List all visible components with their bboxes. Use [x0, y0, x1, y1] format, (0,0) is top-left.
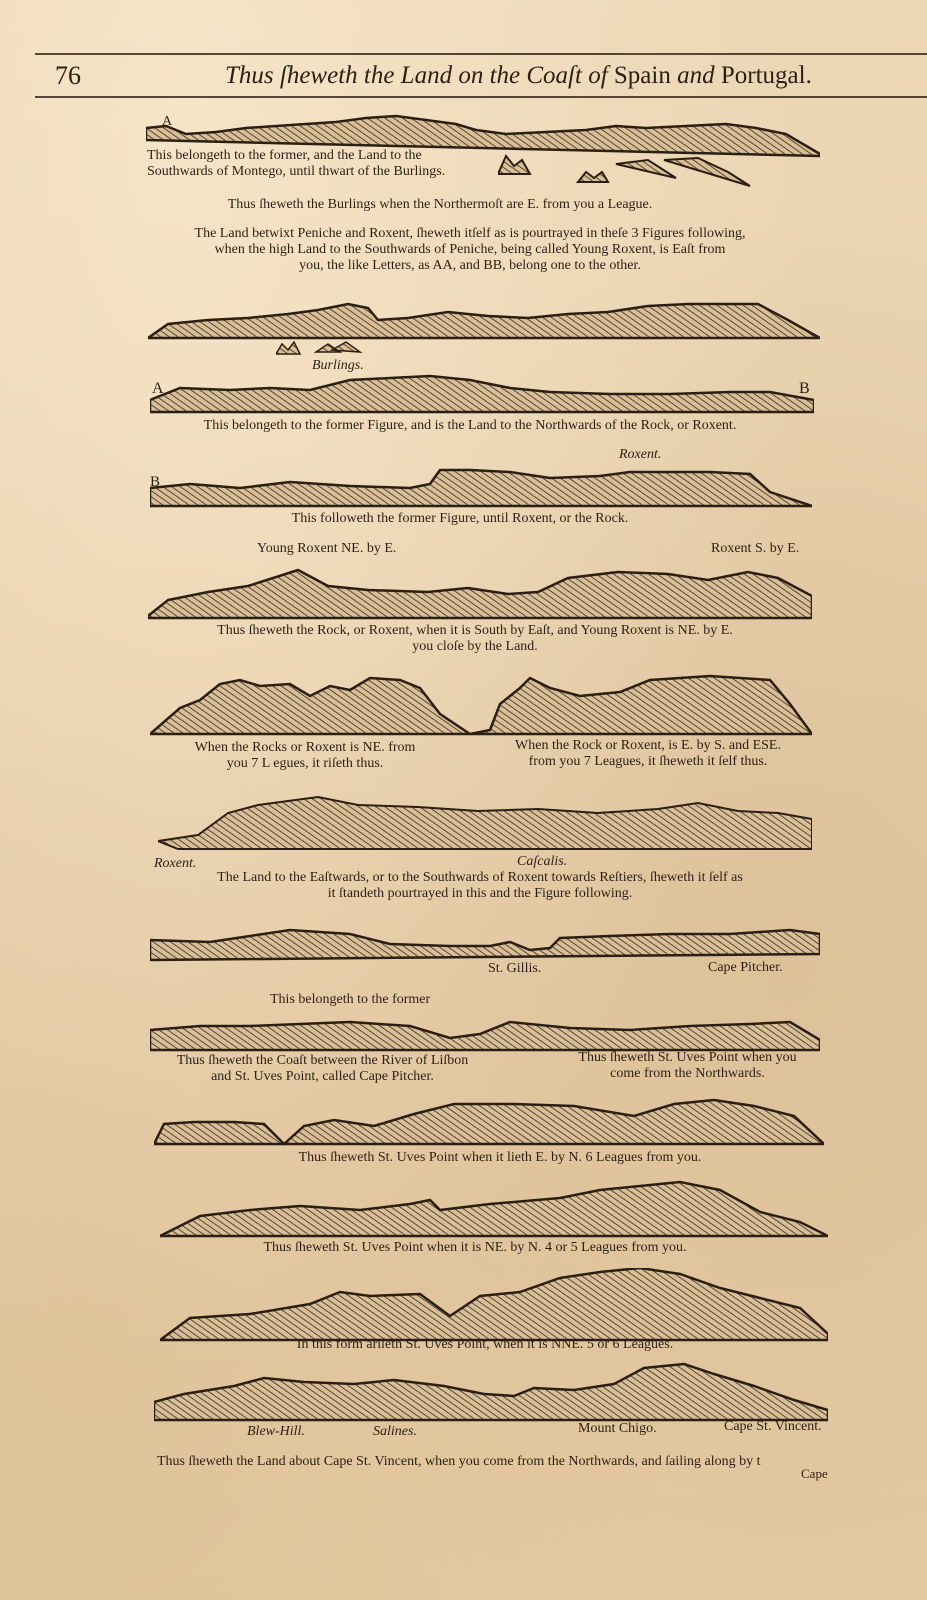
caption-11: Thus ſheweth St. Uves Point when it is N… — [0, 1240, 927, 1256]
caption-12: In this form ariſeth St. Uves Point, whe… — [0, 1337, 927, 1353]
caption-6-right: When the Rock or Roxent, is E. by S. and… — [488, 738, 808, 770]
caption-3: This belongeth to the former Figure, and… — [0, 418, 927, 434]
coastline-profile-3 — [150, 374, 814, 414]
caption-7: The Land to the Eaſtwards, or to the Sou… — [0, 870, 927, 902]
intro-paragraph: The Land betwixt Peniche and Roxent, ſhe… — [0, 226, 927, 274]
header-bottom-rule — [35, 96, 927, 98]
caption-10: Thus ſheweth St. Uves Point when it liet… — [0, 1150, 927, 1166]
caption-6-left: When the Rocks or Roxent is NE. fromyou … — [150, 740, 460, 772]
caption-4: This followeth the former Figure, until … — [0, 511, 920, 527]
burlings-islets-2 — [276, 340, 372, 356]
coastline-profile-13 — [154, 1360, 828, 1422]
label-cascalis: Caſcalis. — [517, 854, 567, 870]
caption-5: Thus ſheweth the Rock, or Roxent, when i… — [0, 623, 927, 655]
caption-8: This belongeth to the former — [270, 992, 430, 1008]
label-cape-pitcher: Cape Pitcher. — [708, 960, 783, 976]
label-cape-st-vincent: Cape St. Vincent. — [724, 1419, 822, 1435]
label-roxent-s-by-e: Roxent S. by E. — [711, 541, 799, 557]
label-st-gillis: St. Gillis. — [488, 961, 541, 977]
label-mount-chigo: Mount Chigo. — [578, 1421, 657, 1437]
page-number: 76 — [55, 61, 135, 91]
label-roxent: Roxent. — [619, 447, 661, 463]
label-salines: Salines. — [373, 1424, 417, 1440]
coastline-profile-6 — [150, 674, 812, 736]
coastline-profile-11 — [160, 1180, 828, 1238]
coastline-profile-8 — [150, 928, 820, 964]
caption-13: Thus ſheweth the Land about Cape St. Vin… — [157, 1454, 761, 1470]
coastline-profile-4 — [150, 466, 812, 508]
coastline-profile-5 — [148, 566, 812, 620]
label-blew-hill: Blew-Hill. — [247, 1424, 305, 1440]
caption-9-left: Thus ſheweth the Coaſt between the River… — [150, 1053, 495, 1085]
coastline-profile-10 — [154, 1098, 824, 1146]
coastline-profile-2 — [148, 298, 820, 344]
page-header: 76 Thus ſheweth the Land on the Coaſt of… — [55, 58, 927, 94]
running-title: Thus ſheweth the Land on the Coaſt of Sp… — [225, 62, 812, 90]
coastline-profile-9 — [150, 1018, 820, 1052]
caption-1a: This belongeth to the former, and the La… — [147, 148, 445, 180]
catchword: Cape — [801, 1466, 828, 1482]
header-top-rule — [35, 53, 927, 55]
coastline-profile-12 — [160, 1268, 828, 1342]
caption-1b: Thus ſheweth the Burlings when the North… — [0, 197, 880, 213]
burlings-islets-1 — [498, 152, 754, 192]
caption-9-right: Thus ſheweth St. Uves Point when youcome… — [560, 1050, 815, 1082]
label-young-roxent: Young Roxent NE. by E. — [257, 541, 396, 557]
label-burlings: Burlings. — [312, 358, 364, 374]
coastline-profile-7 — [158, 795, 812, 851]
